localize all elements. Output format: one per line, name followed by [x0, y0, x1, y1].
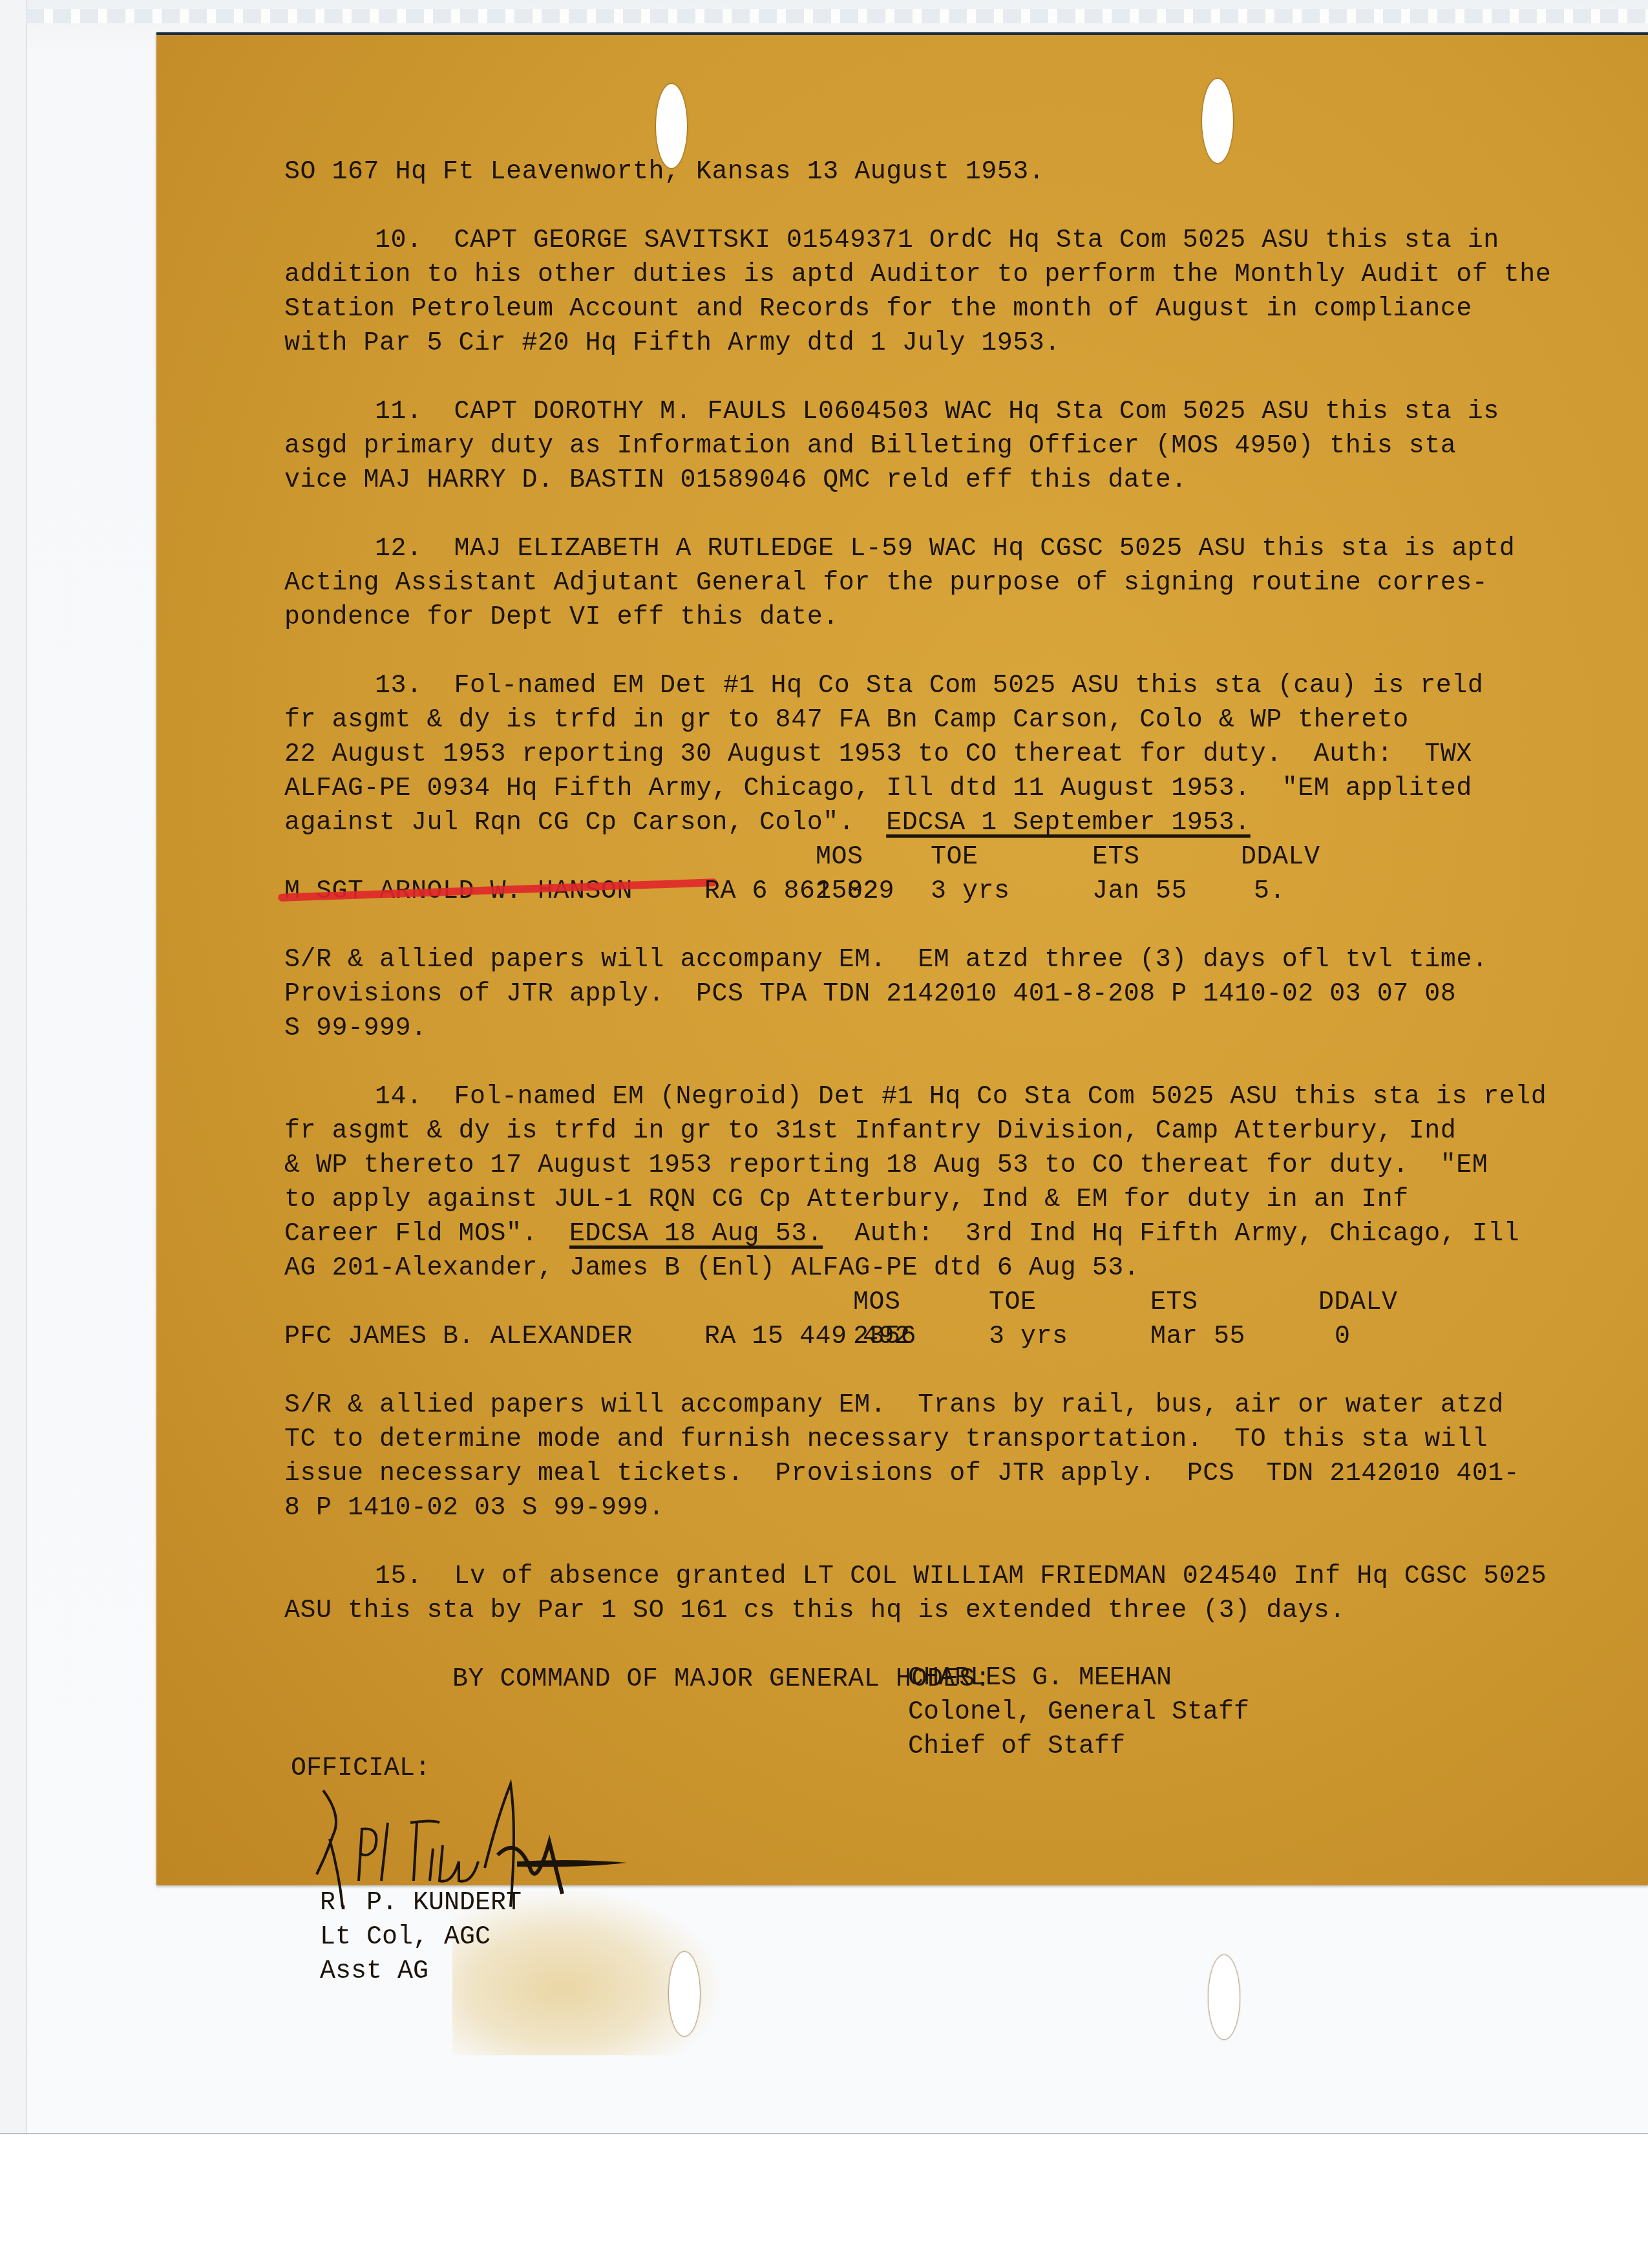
mos-value: 1502 — [816, 874, 879, 909]
column-header-ddalv: DDALV — [1241, 840, 1320, 874]
paragraph-14: 14. Fol-named EM (Negroid) Det #1 Hq Co … — [284, 1080, 1616, 1525]
toe-value: 3 yrs — [931, 874, 1010, 909]
paragraph-line: fr asgmt & dy is trfd in gr to 847 FA Bn… — [284, 703, 1616, 737]
paragraph-line: TC to determine mode and furnish necessa… — [284, 1423, 1616, 1457]
paragraph-line: addition to his other duties is aptd Aud… — [284, 258, 1616, 292]
paragraph-12: 12. MAJ ELIZABETH A RUTLEDGE L-59 WAC Hq… — [284, 532, 1616, 635]
roster-row: M SGT ARNOLD W. HANSON RA 6 862 829 1502… — [284, 874, 1616, 909]
punch-hole-icon — [1209, 1955, 1240, 2039]
paragraph-line: 8 P 1410-02 03 S 99-999. — [284, 1491, 1616, 1525]
paragraph-13-closing: S/R & allied papers will accompany EM. E… — [284, 943, 1616, 1046]
line-text: Lv of absence granted LT COL WILLIAM FRI… — [454, 1562, 1547, 1591]
line-text: Career Fld MOS". — [284, 1220, 569, 1249]
paragraph-15: 15. Lv of absence granted LT COL WILLIAM… — [284, 1560, 1616, 1628]
paragraph-line: 12. MAJ ELIZABETH A RUTLEDGE L-59 WAC Hq… — [284, 532, 1616, 566]
signatory-block: CHARLES G. MEEHAN Colonel, General Staff… — [908, 1661, 1249, 1764]
column-header-ets: ETS — [1092, 840, 1140, 874]
paragraph-line: with Par 5 Cir #20 Hq Fifth Army dtd 1 J… — [284, 326, 1616, 361]
line-text: Auth: 3rd Ind Hq Fifth Army, Chicago, Il… — [823, 1220, 1519, 1249]
paragraph-line: S/R & allied papers will accompany EM. E… — [284, 943, 1616, 977]
paragraph-line: 10. CAPT GEORGE SAVITSKI 01549371 OrdC H… — [284, 224, 1616, 258]
paragraph-line: Provisions of JTR apply. PCS TPA TDN 214… — [284, 977, 1616, 1012]
column-header-toe: TOE — [931, 840, 978, 874]
soldier-name: PFC JAMES B. ALEXANDER — [284, 1320, 633, 1354]
paragraph-line: 14. Fol-named EM (Negroid) Det #1 Hq Co … — [284, 1080, 1616, 1114]
ddalv-value: 0 — [1335, 1320, 1351, 1354]
line-text: CAPT GEORGE SAVITSKI 01549371 OrdC Hq St… — [454, 226, 1499, 255]
mos-value: 2356 — [853, 1320, 916, 1354]
roster-row: PFC JAMES B. ALEXANDER RA 15 449 492 235… — [284, 1320, 1616, 1354]
roster-header: MOS TOE ETS DDALV — [284, 840, 1616, 874]
paragraph-line: ASU this sta by Par 1 SO 161 cs this hq … — [284, 1594, 1616, 1628]
special-orders-text: SO 167 Hq Ft Leavenworth, Kansas 13 Augu… — [284, 155, 1616, 1697]
column-header-ddalv: DDALV — [1318, 1286, 1398, 1320]
line-text: Fol-named EM (Negroid) Det #1 Hq Co Sta … — [454, 1083, 1547, 1112]
signer-name: R. P. KUNDERT — [320, 1886, 522, 1920]
column-header-ets: ETS — [1150, 1286, 1198, 1320]
signer-title: Asst AG — [320, 1955, 522, 1989]
edcsa-date: EDCSA 18 Aug 53. — [569, 1220, 823, 1249]
ets-value: Mar 55 — [1150, 1320, 1245, 1354]
paragraph-line: AG 201-Alexander, James B (Enl) ALFAG-PE… — [284, 1251, 1616, 1286]
paragraph-line: issue necessary meal tickets. Provisions… — [284, 1457, 1616, 1491]
paragraph-line: asgd primary duty as Information and Bil… — [284, 429, 1616, 463]
ddalv-value: 5. — [1254, 874, 1285, 909]
paragraph-number: 13. — [375, 672, 423, 701]
paragraph-line: to apply against JUL-1 RQN CG Cp Atterbu… — [284, 1183, 1616, 1217]
official-signer-block: R. P. KUNDERT Lt Col, AGC Asst AG — [320, 1886, 522, 1989]
paragraph-number: 11. — [375, 397, 423, 427]
paragraph-line: fr asgmt & dy is trfd in gr to 31st Infa… — [284, 1114, 1616, 1149]
punch-hole-icon — [1202, 79, 1233, 163]
personnel-roster: MOS TOE ETS DDALV M SGT ARNOLD W. HANSON… — [284, 840, 1616, 909]
paragraph-line: Acting Assistant Adjutant General for th… — [284, 566, 1616, 600]
signatory-title: Chief of Staff — [908, 1730, 1249, 1764]
paragraph-11: 11. CAPT DOROTHY M. FAULS L0604503 WAC H… — [284, 395, 1616, 498]
sleeve-perforation — [26, 9, 1648, 23]
paragraph-number: 14. — [375, 1083, 423, 1112]
paragraph-line: 22 August 1953 reporting 30 August 1953 … — [284, 737, 1616, 772]
line-text: MAJ ELIZABETH A RUTLEDGE L-59 WAC Hq CGS… — [454, 535, 1516, 564]
paragraph-10: 10. CAPT GEORGE SAVITSKI 01549371 OrdC H… — [284, 224, 1616, 361]
sleeve-edge — [0, 0, 27, 2133]
paragraph-line: ALFAG-PE 0934 Hq Fifth Army, Chicago, Il… — [284, 772, 1616, 806]
line-text: Fol-named EM Det #1 Hq Co Sta Com 5025 A… — [454, 672, 1484, 701]
toe-value: 3 yrs — [989, 1320, 1068, 1354]
signatory-name: CHARLES G. MEEHAN — [908, 1661, 1249, 1695]
line-text: CAPT DOROTHY M. FAULS L0604503 WAC Hq St… — [454, 397, 1499, 427]
paragraph-line: against Jul Rqn CG Cp Carson, Colo". EDC… — [284, 806, 1616, 840]
personnel-roster: MOS TOE ETS DDALV PFC JAMES B. ALEXANDER… — [284, 1286, 1616, 1354]
paragraph-line: 15. Lv of absence granted LT COL WILLIAM… — [284, 1560, 1616, 1594]
paragraph-line: & WP thereto 17 August 1953 reporting 18… — [284, 1149, 1616, 1183]
order-header: SO 167 Hq Ft Leavenworth, Kansas 13 Augu… — [284, 155, 1616, 189]
paragraph-number: 12. — [375, 535, 423, 564]
paragraph-line: S/R & allied papers will accompany EM. T… — [284, 1388, 1616, 1423]
paragraph-line: 13. Fol-named EM Det #1 Hq Co Sta Com 50… — [284, 669, 1616, 703]
paragraph-number: 10. — [375, 226, 423, 255]
paragraph-13: 13. Fol-named EM Det #1 Hq Co Sta Com 50… — [284, 669, 1616, 1046]
signatory-rank: Colonel, General Staff — [908, 1695, 1249, 1730]
edcsa-date: EDCSA 1 September 1953. — [886, 809, 1251, 838]
paragraph-line: Career Fld MOS". EDCSA 18 Aug 53. Auth: … — [284, 1217, 1616, 1251]
column-header-mos: MOS — [816, 840, 863, 874]
paragraph-line: Station Petroleum Account and Records fo… — [284, 292, 1616, 326]
paragraph-number: 15. — [375, 1562, 423, 1591]
paragraph-14-closing: S/R & allied papers will accompany EM. T… — [284, 1388, 1616, 1525]
paragraph-line: pondence for Dept VI eff this date. — [284, 600, 1616, 635]
column-header-toe: TOE — [989, 1286, 1037, 1320]
paragraph-line: S 99-999. — [284, 1012, 1616, 1046]
line-text: against Jul Rqn CG Cp Carson, Colo". — [284, 809, 886, 838]
signer-rank: Lt Col, AGC — [320, 1920, 522, 1955]
paragraph-line: vice MAJ HARRY D. BASTIN 01589046 QMC re… — [284, 463, 1616, 498]
ets-value: Jan 55 — [1092, 874, 1187, 909]
punch-hole-icon — [669, 1952, 700, 2036]
roster-header: MOS TOE ETS DDALV — [284, 1286, 1616, 1320]
paragraph-line: 11. CAPT DOROTHY M. FAULS L0604503 WAC H… — [284, 395, 1616, 429]
column-header-mos: MOS — [853, 1286, 901, 1320]
